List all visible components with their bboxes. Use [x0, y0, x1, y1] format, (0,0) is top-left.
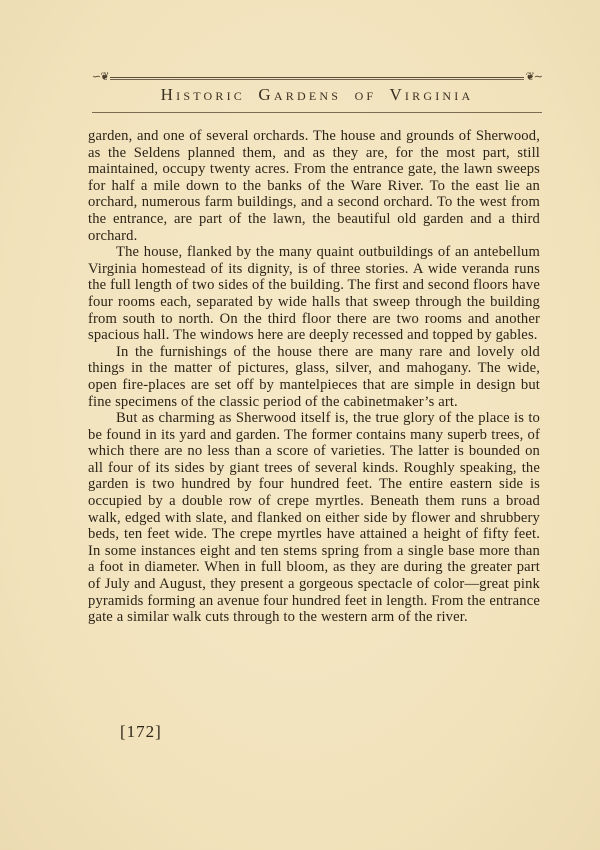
paragraph-3: In the furnishings of the house there ar…: [88, 344, 540, 410]
page-number: [172]: [120, 722, 162, 742]
running-title: Historic Gardens of Virginia: [92, 85, 542, 105]
header-ornamental-rule: ∽❦ ❦∼: [92, 75, 542, 81]
scroll-ornament-left-icon: ∽❦: [92, 72, 108, 82]
paragraph-1: garden, and one of several orchards. The…: [88, 128, 540, 244]
paragraph-2: The house, flanked by the many quaint ou…: [88, 244, 540, 344]
paragraph-4: But as charming as Sherwood itself is, t…: [88, 410, 540, 626]
body-text: garden, and one of several orchards. The…: [88, 128, 540, 626]
scroll-ornament-right-icon: ❦∼: [526, 72, 542, 82]
double-rule-line: [110, 77, 524, 80]
header-bottom-rule: [92, 112, 542, 113]
book-page: ∽❦ ❦∼ Historic Gardens of Virginia garde…: [0, 0, 600, 850]
